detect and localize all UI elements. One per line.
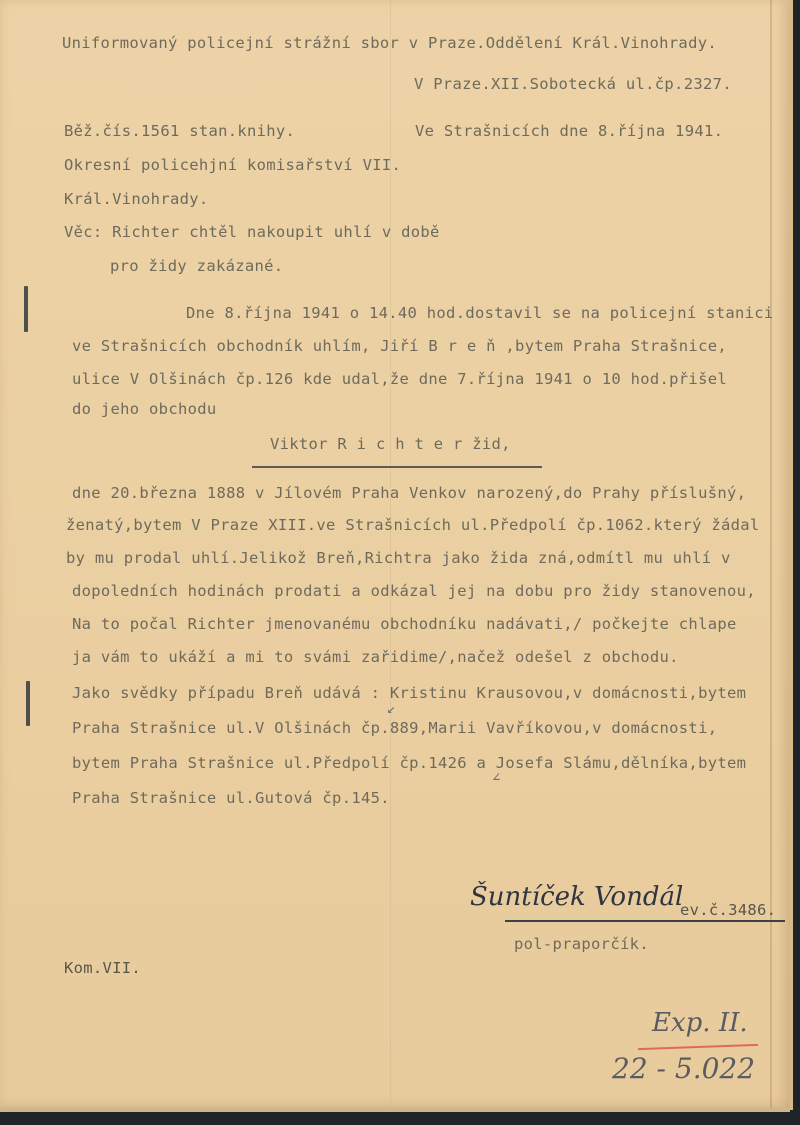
handwritten-signature: Šuntíček Vondál — [470, 882, 683, 912]
document-page: Uniformovaný policejní strážní sbor v Pr… — [0, 0, 793, 1110]
recipient-line-2: Král.Vinohrady. — [64, 192, 208, 208]
recipient-line-1: Okresní policehjní komisařství VII. — [64, 158, 401, 174]
page-bottom-edge — [0, 1108, 790, 1112]
margin-mark — [26, 681, 30, 726]
header-address: V Praze.XII.Sobotecká ul.čp.2327. — [414, 77, 732, 93]
signature-line — [505, 920, 785, 922]
underline — [252, 466, 542, 468]
body-line: Praha Strašnice ul.Gutová čp.145. — [72, 791, 390, 807]
body-line: ja vám to ukáží a mi to svámi zařidime/,… — [72, 650, 679, 666]
annotation-line-2: 22 - 5.022 — [612, 1052, 755, 1085]
body-line: Jako svědky případu Breň udává : Kristin… — [72, 686, 746, 702]
body-line: Dne 8.října 1941 o 14.40 hod.dostavil se… — [186, 306, 774, 322]
named-person: Viktor R i c h t e r žid, — [270, 437, 511, 453]
margin-mark — [24, 286, 28, 332]
subject-line-1: Věc: Richter chtěl nakoupit uhlí v době — [64, 225, 440, 241]
subject-line-2: pro židy zakázané. — [110, 259, 283, 275]
copy-recipient: Kom.VII. — [64, 961, 141, 977]
body-line: by mu prodal uhlí.Jelikož Breň,Richtra j… — [66, 551, 731, 567]
body-line: ulice V Olšinách čp.126 kde udal,že dne … — [72, 372, 727, 388]
header-organization: Uniformovaný policejní strážní sbor v Pr… — [62, 36, 717, 52]
body-line: Na to počal Richter jmenovanému obchodní… — [72, 617, 737, 633]
pencil-tick-icon: ↙ — [387, 701, 395, 717]
body-line: ženatý,bytem V Praze XIII.ve Strašnicích… — [66, 518, 760, 534]
annotation-line-1: Exp. II. — [652, 1008, 748, 1038]
reference-number: Běž.čís.1561 stan.knihy. — [64, 124, 295, 140]
body-line: bytem Praha Strašnice ul.Předpolí čp.142… — [72, 756, 746, 772]
body-line: Praha Strašnice ul.V Olšinách čp.889,Mar… — [72, 721, 717, 737]
red-pencil-underline — [638, 1044, 758, 1050]
body-line: ve Strašnicích obchodník uhlím, Jiří B r… — [72, 339, 727, 355]
page-edge — [770, 0, 772, 1110]
officer-rank: pol-praporčík. — [514, 937, 649, 953]
registration-number: ev.č.3486. — [680, 903, 776, 919]
place-date: Ve Strašnicích dne 8.října 1941. — [415, 124, 723, 140]
body-line: do jeho obchodu — [72, 402, 216, 418]
body-line: dne 20.března 1888 v Jílovém Praha Venko… — [72, 486, 746, 502]
body-line: dopoledních hodinách prodati a odkázal j… — [72, 584, 756, 600]
pencil-tick-icon: ∠ — [492, 770, 500, 786]
